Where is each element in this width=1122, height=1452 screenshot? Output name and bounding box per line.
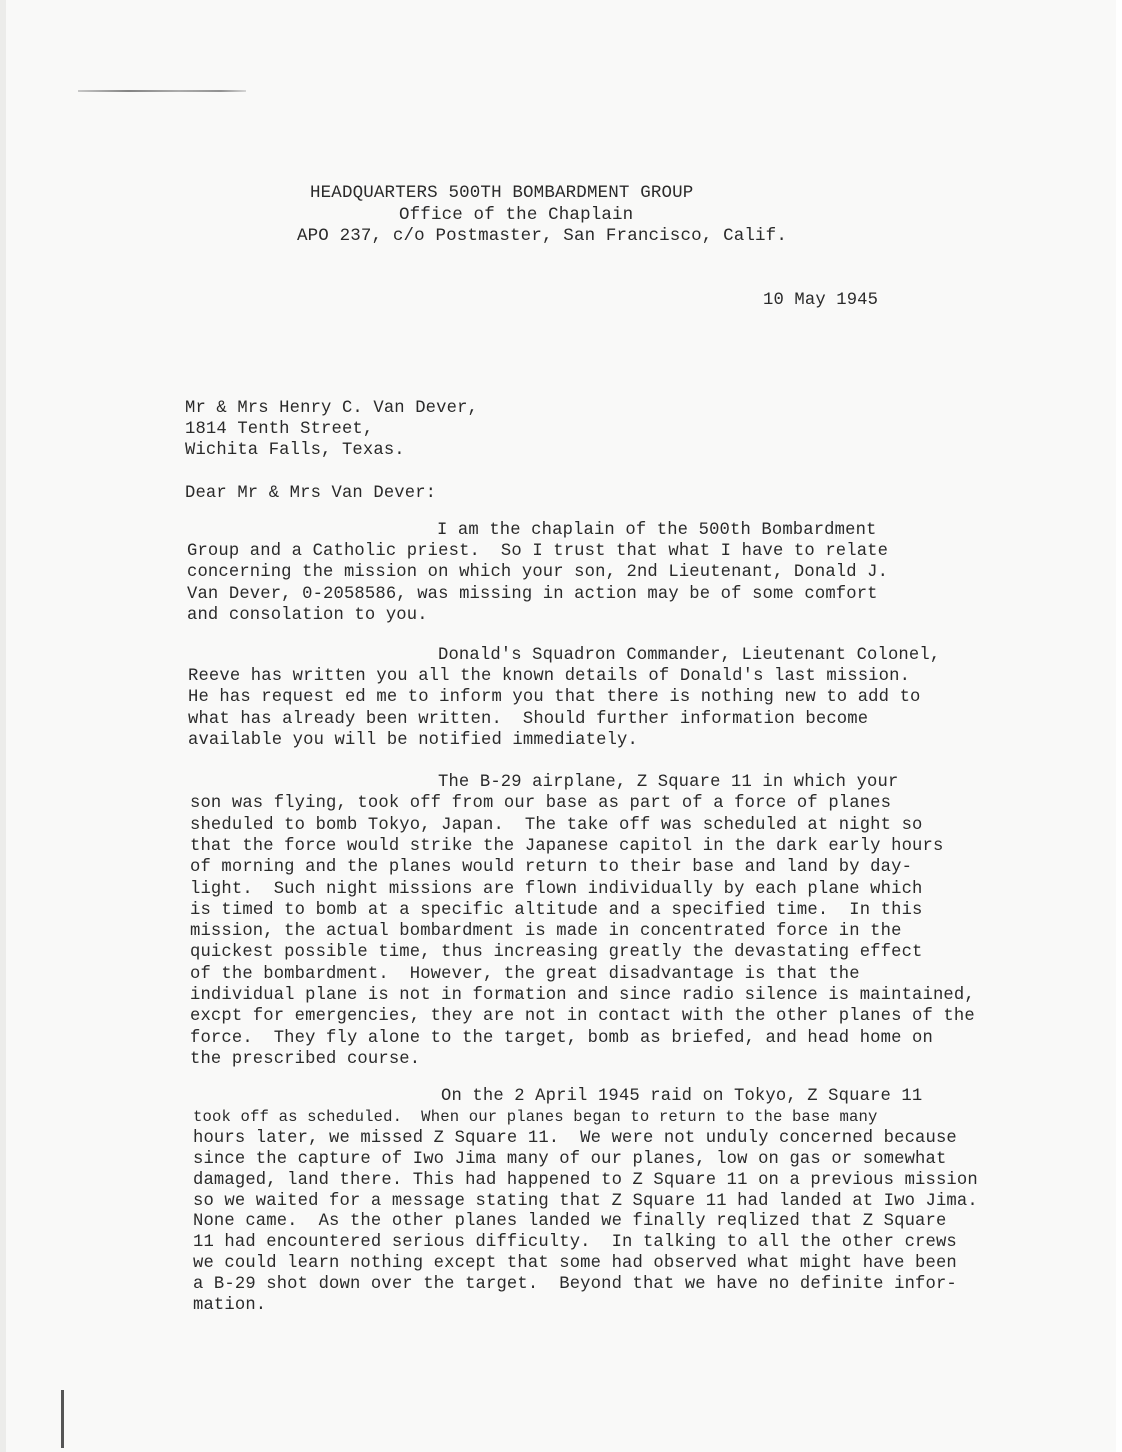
margin-ink-mark: [61, 1390, 64, 1448]
paragraph-line: mission, the actual bombardment is made …: [190, 921, 902, 942]
paragraph-line: hours later, we missed Z Square 11. We w…: [193, 1128, 957, 1149]
paragraph-line: the prescribed course.: [190, 1049, 420, 1070]
paragraph-line: damaged, land there. This had happened t…: [193, 1170, 978, 1191]
pencil-rule-mark: [78, 90, 246, 92]
paragraph-line: is timed to bomb at a specific altitude …: [190, 900, 923, 921]
paragraph-line: available you will be notified immediate…: [188, 730, 638, 751]
paragraph-line: 11 had encountered serious difficulty. I…: [193, 1232, 957, 1253]
recipient-name: Mr & Mrs Henry C. Van Dever,: [185, 398, 478, 419]
paragraph-line: None came. As the other planes landed we…: [193, 1211, 946, 1232]
page-border: [1116, 0, 1122, 1452]
paragraph-line: so we waited for a message stating that …: [193, 1191, 978, 1212]
paragraph-line: concerning the mission on which your son…: [187, 562, 888, 583]
paragraph-line: The B-29 airplane, Z Square 11 in which …: [438, 772, 898, 793]
paragraph-line: force. They fly alone to the target, bom…: [190, 1028, 933, 1049]
paragraph-line: individual plane is not in formation and…: [190, 985, 975, 1006]
paragraph-line: that the force would strike the Japanese…: [190, 836, 943, 857]
paragraph-line: Donald's Squadron Commander, Lieutenant …: [438, 645, 940, 666]
paragraph-line: On the 2 April 1945 raid on Tokyo, Z Squ…: [441, 1086, 922, 1107]
paragraph-line: mation.: [193, 1295, 266, 1316]
paragraph-line: took off as scheduled. When our planes b…: [193, 1107, 878, 1128]
paragraph-line: Reeve has written you all the known deta…: [188, 666, 910, 687]
paragraph-line: and consolation to you.: [187, 605, 428, 626]
paragraph-line: what has already been written. Should fu…: [188, 709, 868, 730]
paragraph-line: of morning and the planes would return t…: [190, 857, 912, 878]
paragraph-line: since the capture of Iwo Jima many of ou…: [193, 1149, 946, 1170]
paragraph-line: we could learn nothing except that some …: [193, 1253, 957, 1274]
recipient-city: Wichita Falls, Texas.: [185, 440, 405, 461]
paragraph-line: a B-29 shot down over the target. Beyond…: [193, 1274, 957, 1295]
recipient-street: 1814 Tenth Street,: [185, 419, 373, 440]
paragraph-line: of the bombardment. However, the great d…: [190, 964, 860, 985]
paragraph-line: excpt for emergencies, they are not in c…: [190, 1006, 975, 1027]
paragraph-line: son was flying, took off from our base a…: [190, 793, 891, 814]
paragraph-line: light. Such night missions are flown ind…: [190, 879, 923, 900]
paragraph-line: I am the chaplain of the 500th Bombardme…: [437, 520, 877, 541]
paragraph-line: Van Dever, 0-2058586, was missing in act…: [187, 584, 878, 605]
paragraph-line: quickest possible time, thus increasing …: [190, 942, 923, 963]
paragraph-line: He has request ed me to inform you that …: [188, 687, 921, 708]
letterhead-organization: HEADQUARTERS 500TH BOMBARDMENT GROUP: [310, 183, 693, 204]
salutation: Dear Mr & Mrs Van Dever:: [185, 483, 436, 504]
letterhead-address: APO 237, c/o Postmaster, San Francisco, …: [297, 226, 787, 247]
letterhead-office: Office of the Chaplain: [399, 205, 633, 226]
paragraph-line: sheduled to bomb Tokyo, Japan. The take …: [190, 815, 923, 836]
paragraph-line: Group and a Catholic priest. So I trust …: [187, 541, 888, 562]
letter-date: 10 May 1945: [763, 290, 878, 311]
